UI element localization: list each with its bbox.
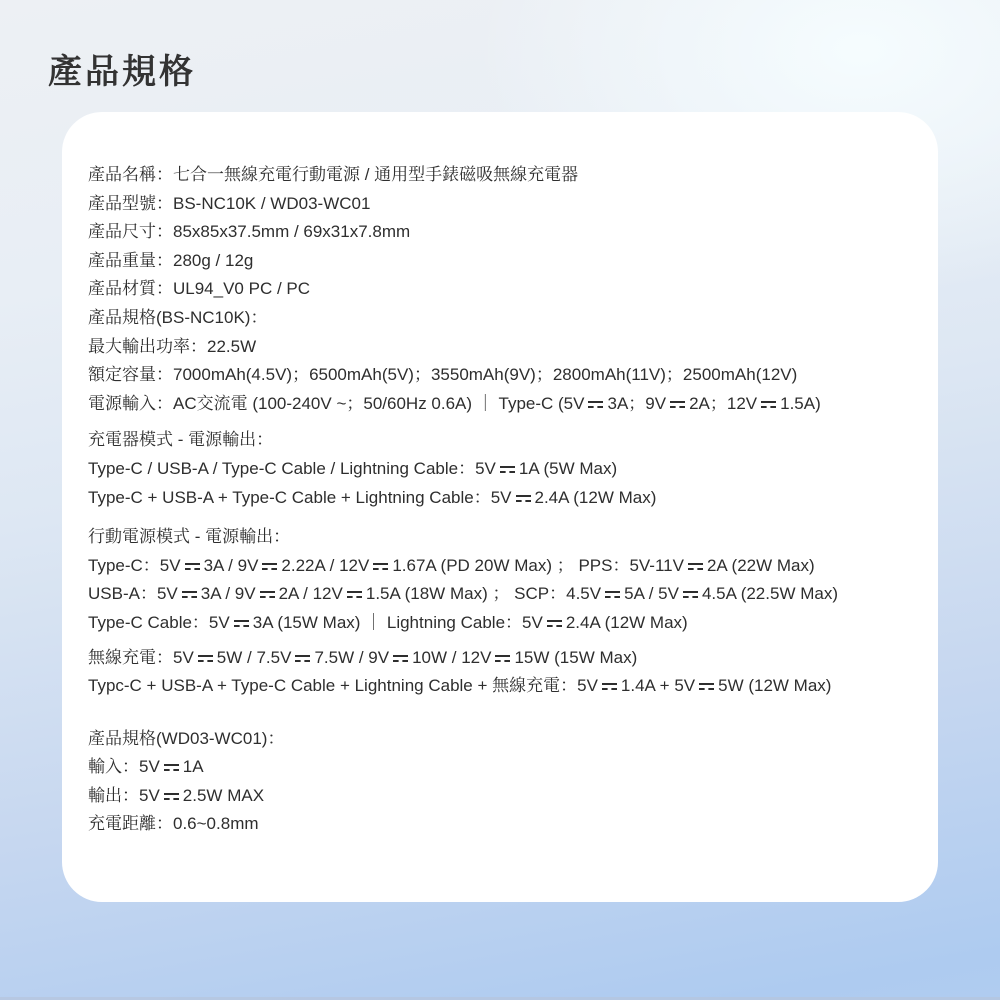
spec-line-wireless-combined: Typc-C + USB-A + Type-C Cable + Lightnin… — [88, 672, 918, 701]
spec-line-spec-wd03-heading: 產品規格(WD03-WC01)： — [88, 725, 918, 754]
spec-card: 產品名稱：七合一無線充電行動電源 / 通用型手錶磁吸無線充電器 產品型號：BS-… — [62, 112, 938, 902]
dc-symbol — [495, 653, 510, 664]
spec-line-charge-distance: 充電距離：0.6~0.8mm — [88, 810, 918, 839]
spec-line-power-input: 電源輸入：AC交流電 (100-240V ~；50/60Hz 0.6A) ｜ T… — [88, 390, 918, 419]
spec-line-rated-capacity: 額定容量：7000mAh(4.5V)；6500mAh(5V)；3550mAh(9… — [88, 361, 918, 390]
spec-line-charger-mode-heading: 充電器模式 - 電源輸出： — [88, 426, 918, 455]
spec-line-charger-combined: Type-C + USB-A + Type-C Cable + Lightnin… — [88, 484, 918, 513]
dc-symbol — [547, 618, 562, 629]
spec-line-dimensions: 產品尺寸：85x85x37.5mm / 69x31x7.8mm — [88, 218, 918, 247]
spec-group-powerbank-mode: 行動電源模式 - 電源輸出： Type-C：5V3A / 9V2.22A / 1… — [88, 523, 918, 637]
spec-line-watch-input: 輸入：5V1A — [88, 753, 918, 782]
spec-line-model-number: 產品型號：BS-NC10K / WD03-WC01 — [88, 190, 918, 219]
dc-symbol — [516, 493, 531, 504]
dc-symbol — [699, 681, 714, 692]
dc-symbol — [347, 589, 362, 600]
spec-line-typec-output: Type-C：5V3A / 9V2.22A / 12V1.67A (PD 20W… — [88, 552, 918, 581]
dc-symbol — [605, 589, 620, 600]
spec-line-wireless-output: 無線充電：5V5W / 7.5V7.5W / 9V10W / 12V15W (1… — [88, 644, 918, 673]
dc-symbol — [198, 653, 213, 664]
spec-group-basic-info: 產品名稱：七合一無線充電行動電源 / 通用型手錶磁吸無線充電器 產品型號：BS-… — [88, 161, 918, 418]
spec-line-product-name: 產品名稱：七合一無線充電行動電源 / 通用型手錶磁吸無線充電器 — [88, 161, 918, 190]
spec-line-max-output-power: 最大輸出功率：22.5W — [88, 333, 918, 362]
spec-group-charger-mode: 充電器模式 - 電源輸出： Type-C / USB-A / Type-C Ca… — [88, 426, 918, 512]
product-spec-page: 產品規格 產品名稱：七合一無線充電行動電源 / 通用型手錶磁吸無線充電器 產品型… — [0, 0, 1000, 1000]
dc-symbol — [373, 561, 388, 572]
dc-symbol — [761, 399, 776, 410]
dc-symbol — [164, 762, 179, 773]
dc-symbol — [164, 791, 179, 802]
dc-symbol — [500, 464, 515, 475]
page-title: 產品規格 — [48, 44, 196, 93]
dc-symbol — [262, 561, 277, 572]
dc-symbol — [260, 589, 275, 600]
spec-line-charger-single: Type-C / USB-A / Type-C Cable / Lightnin… — [88, 455, 918, 484]
spec-group-wireless: 無線充電：5V5W / 7.5V7.5W / 9V10W / 12V15W (1… — [88, 644, 918, 701]
spec-line-material: 產品材質：UL94_V0 PC / PC — [88, 275, 918, 304]
dc-symbol — [670, 399, 685, 410]
dc-symbol — [588, 399, 603, 410]
dc-symbol — [683, 589, 698, 600]
spec-line-spec-bsnc10k: 產品規格(BS-NC10K)： — [88, 304, 918, 333]
dc-symbol — [295, 653, 310, 664]
dc-symbol — [185, 561, 200, 572]
dc-symbol — [393, 653, 408, 664]
spec-line-watch-output: 輸出：5V2.5W MAX — [88, 782, 918, 811]
dc-symbol — [602, 681, 617, 692]
spec-line-powerbank-heading: 行動電源模式 - 電源輸出： — [88, 523, 918, 552]
dc-symbol — [234, 618, 249, 629]
spec-line-cable-output: Type-C Cable：5V3A (15W Max) ｜ Lightning … — [88, 609, 918, 638]
spec-line-usba-output: USB-A：5V3A / 9V2A / 12V1.5A (18W Max) ； … — [88, 580, 918, 609]
dc-symbol — [182, 589, 197, 600]
spec-line-weight: 產品重量：280g / 12g — [88, 247, 918, 276]
dc-symbol — [688, 561, 703, 572]
spec-group-watch-charger: 產品規格(WD03-WC01)： 輸入：5V1A 輸出：5V2.5W MAX 充… — [88, 725, 918, 839]
